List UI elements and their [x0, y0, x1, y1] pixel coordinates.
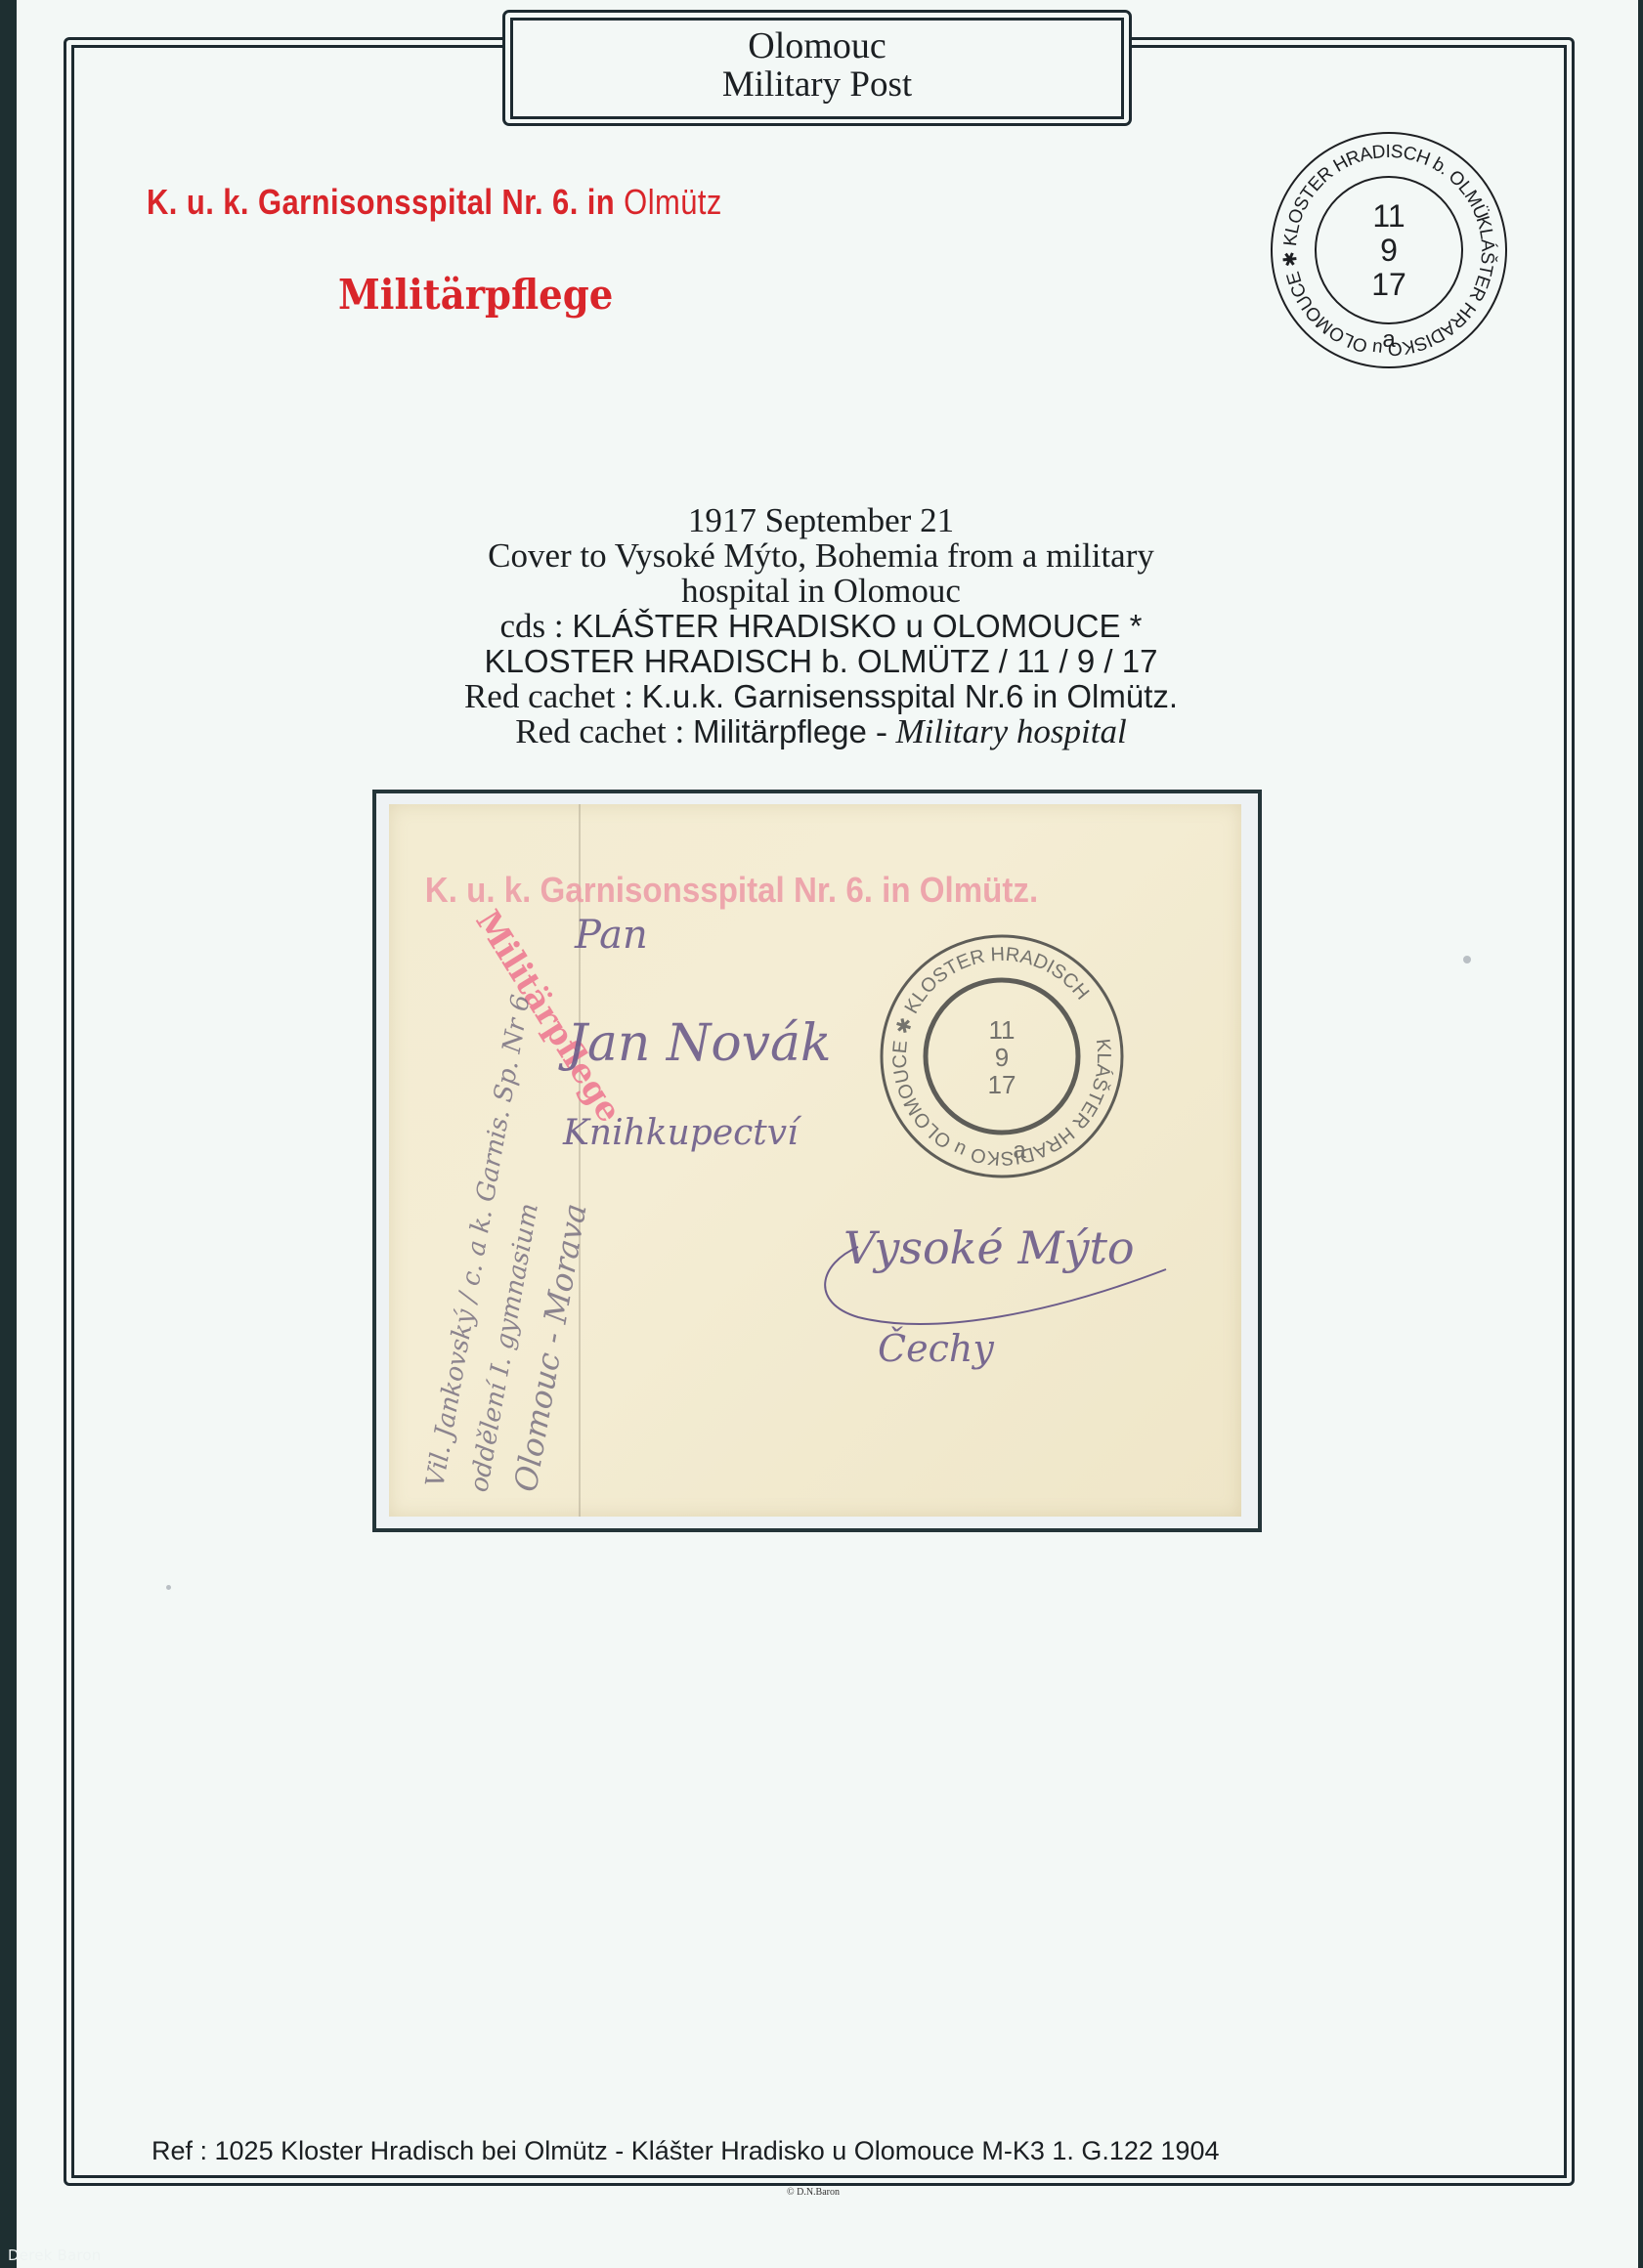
page-subtitle: Military Post — [513, 65, 1121, 105]
scan-speck — [166, 1585, 171, 1590]
postmark-illustration: KLÁŠTER HRADISKO u OLOMOUCE ✱ KLOSTER HR… — [1269, 130, 1509, 370]
hospital-cachet-prefix: K. u. k. Garnisonsspital Nr. 6. in — [147, 182, 624, 222]
cover-description: 1917 September 21 Cover to Vysoké Mýto, … — [254, 503, 1388, 749]
scan-edge-left — [0, 0, 17, 2268]
scan-edge-right — [1638, 0, 1643, 2268]
reference-note: Ref : 1025 Kloster Hradisch bei Olmütz -… — [151, 2136, 1220, 2166]
red-cachet-label: Red cachet : — [515, 712, 693, 750]
cover-postmark-month: 9 — [995, 1043, 1009, 1072]
address-region: Čechy — [878, 1327, 994, 1370]
scan-speck — [1463, 956, 1471, 963]
page-title: Olomouc — [513, 26, 1121, 65]
postmark-day: 11 — [1372, 198, 1405, 234]
copyright-note: © D.N.Baron — [787, 2187, 840, 2198]
title-box: Olomouc Military Post — [510, 18, 1124, 119]
description-line: hospital in Olomouc — [254, 574, 1388, 609]
cover-artwork: K. u. k. Garnisonsspital Nr. 6. in Olmüt… — [389, 804, 1241, 1517]
cover-postmark-year: 17 — [988, 1070, 1016, 1099]
red-cachet-value: Militärpflege — [693, 713, 876, 749]
hospital-cachet-city: Olmütz — [624, 182, 722, 222]
address-title: Knihkupectví — [562, 1113, 802, 1153]
postmark-suffix: a — [1382, 326, 1396, 353]
address-city: Vysoké Mýto — [843, 1221, 1135, 1274]
red-cachet-value: K.u.k. Garnisensspital Nr.6 in Olmütz. — [642, 678, 1178, 714]
hospital-cachet-illustration: K. u. k. Garnisonsspital Nr. 6. in Olmüt… — [147, 182, 722, 223]
description-date: 1917 September 21 — [254, 503, 1388, 538]
cover-hospital-cachet: K. u. k. Garnisonsspital Nr. 6. in Olmüt… — [425, 872, 1038, 911]
cover-postmark-suffix: a — [1013, 1137, 1026, 1164]
cover-postmark: KLÁŠTER HRADISKO u OLOMOUCE ✱ KLOSTER HR… — [872, 926, 1133, 1187]
watermark: Derek Baron — [8, 2247, 102, 2264]
postmark-month: 9 — [1380, 233, 1398, 268]
red-cachet-translation: - Military hospital — [876, 712, 1127, 750]
militarpflege-cachet-illustration: Militärpflege — [338, 271, 613, 319]
description-line: Cover to Vysoké Mýto, Bohemia from a mil… — [254, 538, 1388, 574]
cds-value: KLÁŠTER HRADISKO u OLOMOUCE * — [572, 608, 1142, 644]
red-cachet-label: Red cachet : — [464, 677, 642, 715]
cds-value-cont: KLOSTER HRADISCH b. OLMÜTZ / 11 / 9 / 17 — [485, 643, 1158, 679]
address-name: Jan Novák — [558, 1014, 832, 1073]
cover-postmark-day: 11 — [989, 1015, 1016, 1045]
cover-image: K. u. k. Garnisonsspital Nr. 6. in Olmüt… — [389, 804, 1241, 1517]
postmark-year: 17 — [1371, 267, 1406, 302]
address-salutation: Pan — [574, 913, 648, 958]
cds-label: cds : — [499, 607, 572, 645]
